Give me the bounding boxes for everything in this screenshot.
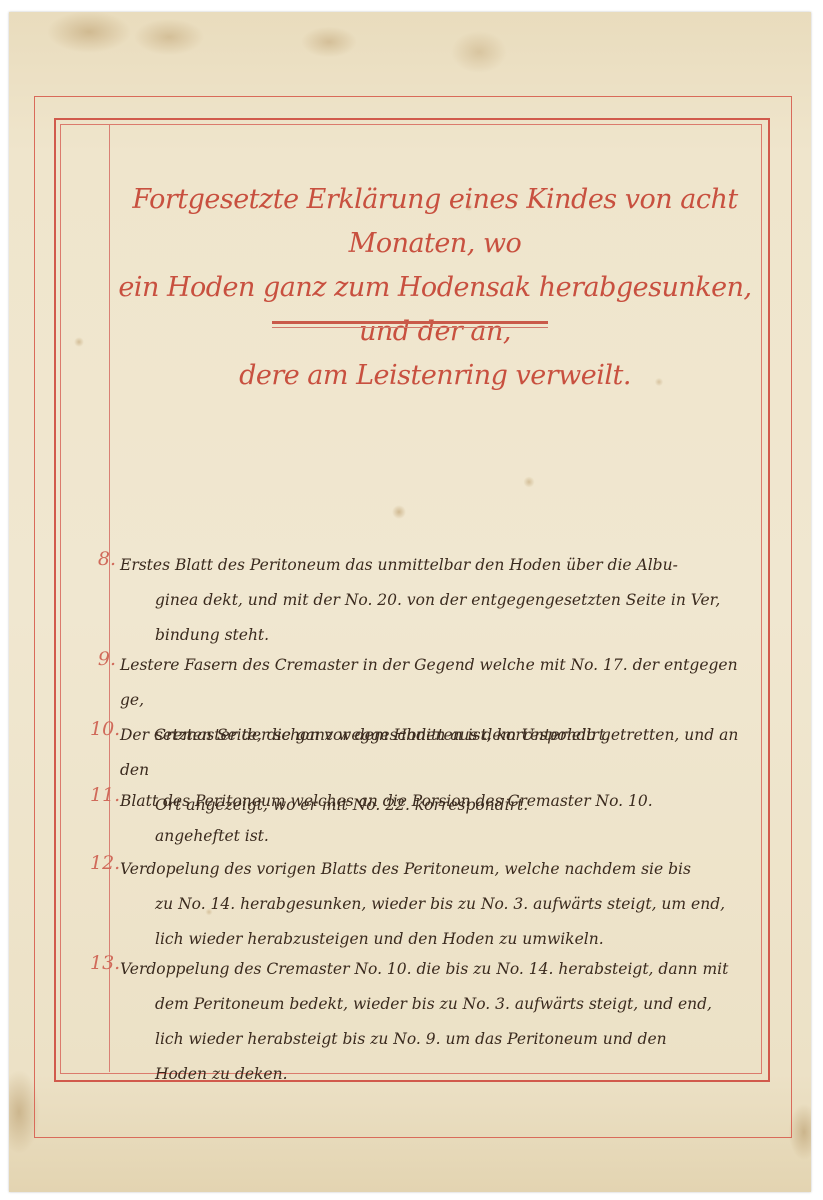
entry-text: Erstes Blatt des Peritoneum das unmittel… [120, 548, 750, 653]
entry-12: 12. Verdopelung des vorigen Blatts des P… [90, 852, 750, 957]
entry-text: Verdopelung des vorigen Blatts des Perit… [120, 852, 750, 957]
entry-number: 11. [90, 784, 116, 806]
entry-number: 8. [90, 548, 116, 570]
entry-13: 13. Verdoppelung des Cremaster No. 10. d… [90, 952, 750, 1092]
entry-text: Verdoppelung des Cremaster No. 10. die b… [120, 952, 750, 1092]
entry-text: Blatt des Peritoneum welches an die Pors… [120, 784, 750, 854]
title-line-2: ein Hoden ganz zum Hodensak herabgesunke… [100, 266, 770, 354]
entry-number: 12. [90, 852, 116, 874]
title-underline [272, 321, 548, 324]
entry-number: 10. [90, 718, 116, 740]
title-line-1: Fortgesetzte Erklärung eines Kindes von … [100, 178, 770, 266]
entry-11: 11. Blatt des Peritoneum welches an die … [90, 784, 750, 854]
entry-number: 13. [90, 952, 116, 974]
entry-8: 8. Erstes Blatt des Peritoneum das unmit… [90, 548, 750, 653]
entry-number: 9. [90, 648, 116, 670]
title-line-3: dere am Leistenring verweilt. [100, 354, 770, 398]
title-underline-thin [272, 327, 548, 328]
page-title: Fortgesetzte Erklärung eines Kindes von … [100, 178, 770, 398]
